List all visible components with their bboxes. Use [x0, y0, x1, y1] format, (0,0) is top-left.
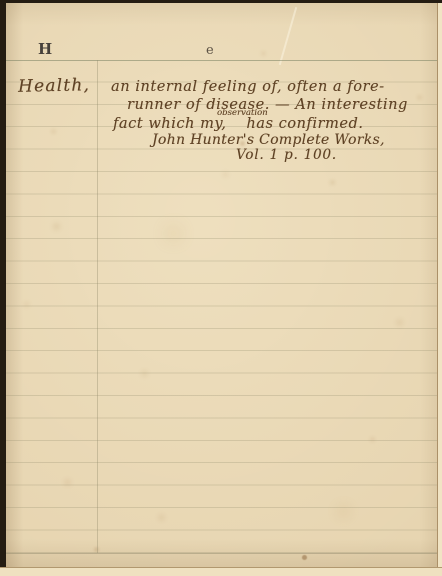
citation-work: John Hunter's Complete Works, [152, 132, 385, 148]
entry-line-3-before: fact which my, [113, 116, 226, 132]
entry-line-3: fact which my,observationhas confirmed. [113, 116, 363, 132]
facing-page-edge-bottom [0, 567, 442, 576]
header-rule [6, 60, 437, 61]
citation-volume-page: Vol. 1 p. 100. [236, 147, 337, 163]
interlinear-insertion: observation [217, 108, 268, 118]
entry-line-3-after: has confirmed. [246, 116, 363, 132]
paper-stains [0, 0, 3, 3]
scanned-notebook-page: H e Health, an internal feeling of, ofte… [0, 0, 442, 576]
printed-section-letter: e [206, 43, 214, 58]
facing-page-edge-right [437, 3, 442, 567]
column-divider-rule [97, 60, 98, 553]
entry-term: Health, [18, 75, 90, 97]
printed-index-letter: H [38, 40, 53, 58]
entry-line-1: an internal feeling of, often a fore- [111, 79, 385, 95]
bottom-rule [6, 553, 437, 554]
